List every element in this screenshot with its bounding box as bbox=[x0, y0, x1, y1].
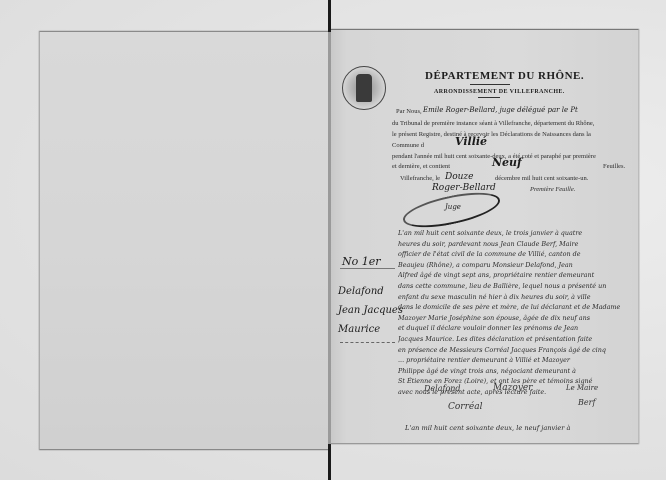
commune-handwritten: Villié bbox=[455, 135, 487, 148]
left-page-blank bbox=[39, 31, 330, 450]
department-title: DÉPARTEMENT DU RHÔNE. bbox=[425, 70, 584, 82]
entry-line: et duquel il déclare vouloir donner les … bbox=[398, 323, 634, 334]
preamble-line2: du Tribunal de première instance séant à… bbox=[392, 120, 594, 127]
signature-witness: Mazoyer bbox=[493, 383, 532, 393]
birth-entry-text: L'an mil huit cent soixante deux, le tro… bbox=[398, 228, 634, 398]
signature-father: Delafond bbox=[424, 384, 461, 393]
preamble-line4-prefix: Commune d bbox=[392, 142, 424, 149]
signature-mayor-title: Le Maire bbox=[566, 384, 598, 392]
entry-line: ... propriétaire rentier demeurant à Vil… bbox=[398, 355, 634, 366]
day-handwritten: Douze bbox=[445, 172, 474, 182]
margin-name-line: Delafond bbox=[338, 282, 403, 301]
entry-line: dans le domicile de ses père et mère, de… bbox=[398, 302, 634, 313]
judge-signature: Roger-Bellard bbox=[432, 183, 496, 193]
signature-witness-2: Corréal bbox=[448, 402, 482, 412]
preamble-line6-prefix: et dernière, et contient bbox=[392, 163, 450, 170]
signature-mayor: Berf bbox=[578, 398, 595, 407]
entry-line: Philippe âgé de vingt trois ans, négocia… bbox=[398, 366, 634, 377]
entry-line: en présence de Messieurs Corréal Jacques… bbox=[398, 345, 634, 356]
margin-child-name: Delafond Jean Jacques Maurice bbox=[338, 282, 403, 339]
entry-number: No 1er bbox=[342, 255, 381, 268]
entry-line: Mazoyer Marie Joséphine son épouse, âgée… bbox=[398, 313, 634, 324]
page-gutter bbox=[328, 32, 331, 444]
entry-line: L'an mil huit cent soixante deux, le tro… bbox=[398, 228, 634, 239]
preamble-line1-prefix: Par Nous, bbox=[396, 108, 422, 115]
margin-name-line: Jean Jacques bbox=[338, 301, 403, 320]
entry-line: dans cette commune, lieu de Ballière, le… bbox=[398, 281, 634, 292]
entry-line: heures du soir, pardevant nous Jean Clau… bbox=[398, 239, 634, 250]
leaves-count-handwritten: Neuf bbox=[492, 156, 522, 169]
entry-line: officier de l'état civil de la commune d… bbox=[398, 249, 634, 260]
entry-line: Beaujeu (Rhône), a comparu Monsieur Dela… bbox=[398, 260, 634, 271]
entry-number-underline bbox=[340, 268, 395, 269]
arrondissement-subtitle: ARRONDISSEMENT DE VILLEFRANCHE. bbox=[434, 89, 565, 95]
preamble-line6-suffix: Feuilles. bbox=[603, 163, 625, 170]
preamble-line3: le présent Registre, destiné à recevoir … bbox=[392, 131, 591, 138]
subtitle-rule bbox=[478, 97, 500, 98]
judge-name-handwritten: Emile Roger-Bellard, juge délégué par le… bbox=[423, 106, 578, 114]
first-leaf-label: Première Feuille. bbox=[530, 186, 575, 193]
place-date-prefix: Villefranche, le bbox=[400, 175, 440, 182]
paraph-label: Juge bbox=[445, 203, 461, 211]
place-date-suffix: décembre mil huit cent soixante-un. bbox=[495, 175, 588, 182]
margin-flourish bbox=[340, 337, 395, 343]
entry-line: Alfred âgé de vingt sept ans, propriétai… bbox=[398, 270, 634, 281]
entry-line: Jacques Maurice. Les dites déclaration e… bbox=[398, 334, 634, 345]
title-rule bbox=[470, 84, 510, 85]
tribunal-seal-icon bbox=[342, 66, 386, 110]
entry-line: enfant du sexe masculin né hier à dix he… bbox=[398, 292, 634, 303]
next-entry-start: L'an mil huit cent soixante deux, le neu… bbox=[405, 424, 570, 432]
